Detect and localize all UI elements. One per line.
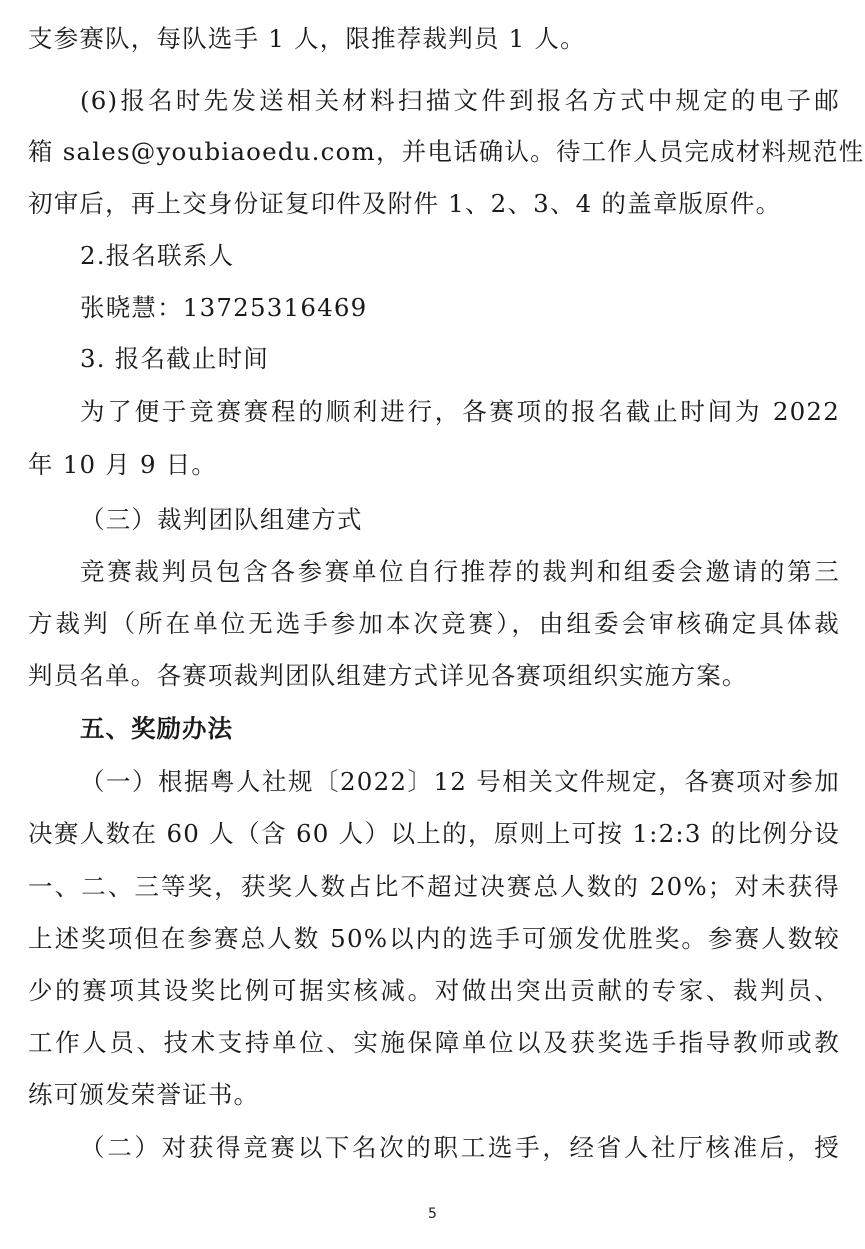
paragraph-line: 竞赛裁判员包含各参赛单位自行推荐的裁判和组委会邀请的第三 [80, 555, 840, 589]
paragraph-line: 一、二、三等奖，获奖人数占比不超过决赛总人数的 20%；对未获得 [28, 870, 840, 904]
section-heading-rewards: 五、奖励办法 [80, 712, 840, 746]
paragraph-line: 判员名单。各赛项裁判团队组建方式详见各赛项组织实施方案。 [28, 659, 840, 693]
paragraph-line: (6)报名时先发送相关材料扫描文件到报名方式中规定的电子邮 [80, 84, 840, 118]
paragraph-line: 方裁判（所在单位无选手参加本次竞赛），由组委会审核确定具体裁 [28, 607, 840, 641]
document-page: 支参赛队，每队选手 1 人，限推荐裁判员 1 人。 (6)报名时先发送相关材料扫… [0, 0, 865, 1249]
paragraph-line-email: 箱 sales@youbiaoedu.com，并电话确认。待工作人员完成材料规范… [28, 135, 840, 169]
paragraph-line: 初审后，再上交身份证复印件及附件 1、2、3、4 的盖章版原件。 [28, 187, 840, 221]
paragraph-line: 决赛人数在 60 人（含 60 人）以上的，原则上可按 1:2:3 的比例分设 [28, 817, 840, 851]
paragraph-line: 上述奖项但在参赛总人数 50%以内的选手可颁发优胜奖。参赛人数较 [28, 922, 840, 956]
page-number: 5 [0, 1206, 865, 1222]
contact-phone: 张晓慧：13725316469 [80, 291, 840, 325]
paragraph-line: 少的赛项其设奖比例可据实核减。对做出突出贡献的专家、裁判员、 [28, 974, 840, 1008]
section-subheading-contact: 2.报名联系人 [80, 239, 840, 273]
paragraph-line: 为了便于竞赛赛程的顺利进行，各赛项的报名截止时间为 2022 [80, 395, 840, 429]
paragraph-line: 支参赛队，每队选手 1 人，限推荐裁判员 1 人。 [28, 22, 840, 56]
paragraph-line: 工作人员、技术支持单位、实施保障单位以及获奖选手指导教师或教 [28, 1026, 840, 1060]
section-subheading-deadline: 3. 报名截止时间 [80, 342, 840, 376]
paragraph-line-deadline-date: 年 10 月 9 日。 [28, 448, 840, 482]
paragraph-line: （二）对获得竞赛以下名次的职工选手，经省人社厅核准后，授 [80, 1131, 840, 1165]
paragraph-line: 练可颁发荣誉证书。 [28, 1078, 840, 1112]
paragraph-line: （一）根据粤人社规〔2022〕12 号相关文件规定，各赛项对参加 [80, 765, 840, 799]
section-subheading-referee-team: （三）裁判团队组建方式 [80, 503, 840, 537]
